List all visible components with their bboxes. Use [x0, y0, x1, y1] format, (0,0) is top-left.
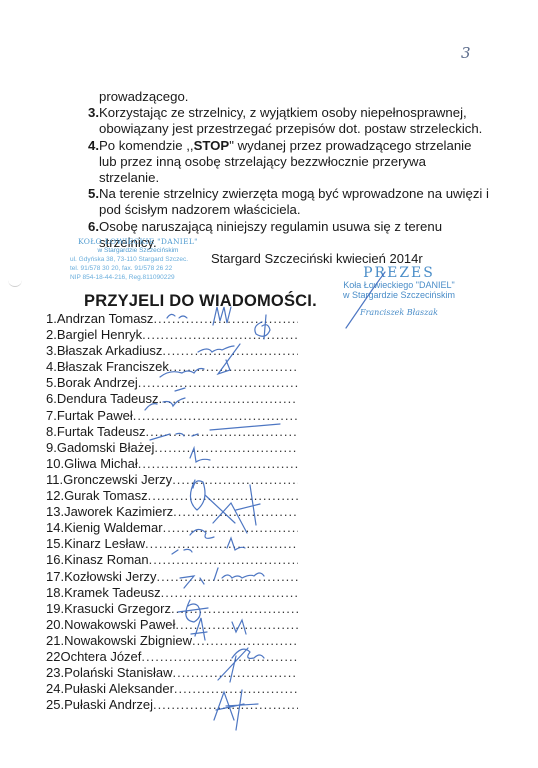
rule-3: 3.Korzystając ze strzelnicy, z wyjątkiem… — [88, 105, 528, 121]
signature-line: ........................................… — [138, 375, 298, 391]
signature-line: ........................................… — [192, 633, 298, 649]
place-and-date: Stargard Szczeciński kwiecień 2014r — [211, 251, 423, 266]
attendee-list: 1.Andrzan Tomasz........................… — [46, 311, 298, 713]
punch-hole-mark — [8, 272, 22, 287]
signature-line: ........................................… — [159, 391, 298, 407]
attendee-row: 14.Kienig Waldemar......................… — [46, 520, 298, 536]
signature-line: ........................................… — [153, 697, 298, 713]
attendee-row: 22Ochtera Józef.........................… — [46, 649, 298, 665]
attendee-name: 25.Pułaski Andrzej — [46, 697, 153, 713]
signature-line: ........................................… — [163, 520, 298, 536]
rule-3-cont: obowiązany jest przestrzegać przepisów d… — [88, 121, 528, 137]
attendee-name: 23.Polański Stanisław — [46, 665, 172, 681]
attendee-name: 4.Błaszak Franciszek — [46, 359, 169, 375]
page-number: 3 — [461, 44, 471, 62]
signature-line: ........................................… — [175, 617, 298, 633]
signature-line: ........................................… — [142, 327, 298, 343]
rule-5-cont: pod ścisłym nadzorem właściciela. — [88, 202, 528, 218]
attendee-name: 14.Kienig Waldemar — [46, 520, 163, 536]
attendee-name: 22Ochtera Józef — [46, 649, 141, 665]
rule-4-cont2: strzelanie. — [88, 170, 528, 186]
rule-4: 4.Po komendzie ,,STOP" wydanej przez pro… — [88, 138, 528, 154]
signature-line: ........................................… — [138, 456, 298, 472]
attendee-name: 21.Nowakowski Zbigniew — [46, 633, 192, 649]
signature-line: ........................................… — [149, 552, 298, 568]
attendee-row: 20.Nowakowski Paweł.....................… — [46, 617, 298, 633]
attendee-row: 6.Dendura Tadeusz.......................… — [46, 391, 298, 407]
attendee-row: 13.Jaworek Kazimierz....................… — [46, 504, 298, 520]
attendee-row: 19.Krasucki Grzegorz....................… — [46, 601, 298, 617]
rule-6: 6.Osobę naruszającą niniejszy regulamin … — [88, 219, 528, 235]
attendee-row: 21.Nowakowski Zbigniew..................… — [46, 633, 298, 649]
signature-line: ........................................… — [154, 440, 298, 456]
attendee-name: 5.Borak Andrzej — [46, 375, 138, 391]
attendee-row: 25.Pułaski Andrzej......................… — [46, 697, 298, 713]
signature-line: ........................................… — [153, 311, 298, 327]
attendee-row: 15.Kinarz Lesław........................… — [46, 536, 298, 552]
signature-line: ........................................… — [157, 569, 298, 585]
attendee-row: 12.Gurak Tomasz.........................… — [46, 488, 298, 504]
attendee-row: 1.Andrzan Tomasz........................… — [46, 311, 298, 327]
signature-line: ........................................… — [174, 681, 298, 697]
signature-line: ........................................… — [171, 601, 298, 617]
signature-line: ........................................… — [133, 408, 298, 424]
attendee-name: 17.Kozłowski Jerzy — [46, 569, 157, 585]
attendee-name: 3.Błaszak Arkadiusz — [46, 343, 162, 359]
attendee-name: 11.Gronczewski Jerzy — [46, 472, 172, 488]
attendee-name: 18.Kramek Tadeusz — [46, 585, 161, 601]
attendee-row: 16.Kinasz Roman.........................… — [46, 552, 298, 568]
attendee-row: 17.Kozłowski Jerzy......................… — [46, 569, 298, 585]
attendee-name: 19.Krasucki Grzegorz — [46, 601, 171, 617]
attendee-row: 4.Błaszak Franciszek....................… — [46, 359, 298, 375]
attendee-row: 11.Gronczewski Jerzy....................… — [46, 472, 298, 488]
attendee-name: 12.Gurak Tomasz — [46, 488, 148, 504]
attendee-row: 24.Pułaski Aleksander...................… — [46, 681, 298, 697]
attendee-row: 8.Furtak Tadeusz........................… — [46, 424, 298, 440]
attendee-row: 10.Gliwa Michał.........................… — [46, 456, 298, 472]
attendee-name: 1.Andrzan Tomasz — [46, 311, 153, 327]
signature-line: ........................................… — [161, 585, 298, 601]
rule-continuation: prowadzącego. — [88, 89, 528, 105]
signature-line: ........................................… — [145, 536, 298, 552]
attendee-name: 24.Pułaski Aleksander — [46, 681, 174, 697]
attendee-name: 8.Furtak Tadeusz — [46, 424, 145, 440]
attendee-row: 3.Błaszak Arkadiusz.....................… — [46, 343, 298, 359]
signature-line: ........................................… — [172, 472, 298, 488]
president-stamp: PREZES Koła Łowieckiego "DANIEL" w Starg… — [324, 266, 474, 317]
club-stamp: KOŁO ŁOWIECKIE "DANIEL" w Stargardzie Sz… — [68, 237, 208, 282]
rule-4-cont: lub przez inną osobę strzelający bezzwło… — [88, 154, 528, 170]
attendee-row: 23.Polański Stanisław...................… — [46, 665, 298, 681]
attendee-row: 9.Gadomski Błażej.......................… — [46, 440, 298, 456]
attendee-row: 2.Bargiel Henryk........................… — [46, 327, 298, 343]
attendee-row: 7.Furtak Paweł..........................… — [46, 408, 298, 424]
signature-line: ........................................… — [172, 665, 298, 681]
attendee-row: 18.Kramek Tadeusz.......................… — [46, 585, 298, 601]
rule-5: 5.Na terenie strzelnicy zwierzęta mogą b… — [88, 186, 528, 202]
attendee-name: 10.Gliwa Michał — [46, 456, 138, 472]
regulations-text: prowadzącego. 3.Korzystając ze strzelnic… — [88, 89, 528, 251]
acknowledgement-heading: PRZYJELI DO WIADOMOŚCI. — [84, 292, 317, 311]
signature-line: ........................................… — [148, 488, 298, 504]
attendee-name: 20.Nowakowski Paweł — [46, 617, 175, 633]
signature-line: ........................................… — [141, 649, 298, 665]
attendee-name: 7.Furtak Paweł — [46, 408, 133, 424]
attendee-name: 16.Kinasz Roman — [46, 552, 149, 568]
attendee-name: 6.Dendura Tadeusz — [46, 391, 159, 407]
signature-line: ........................................… — [173, 504, 298, 520]
attendee-name: 15.Kinarz Lesław — [46, 536, 145, 552]
attendee-name: 13.Jaworek Kazimierz — [46, 504, 173, 520]
signature-line: ........................................… — [145, 424, 298, 440]
attendee-name: 2.Bargiel Henryk — [46, 327, 142, 343]
attendee-row: 5.Borak Andrzej ........................… — [46, 375, 298, 391]
signature-line: ........................................… — [162, 343, 298, 359]
attendee-name: 9.Gadomski Błażej — [46, 440, 154, 456]
signature-line: ........................................… — [169, 359, 298, 375]
